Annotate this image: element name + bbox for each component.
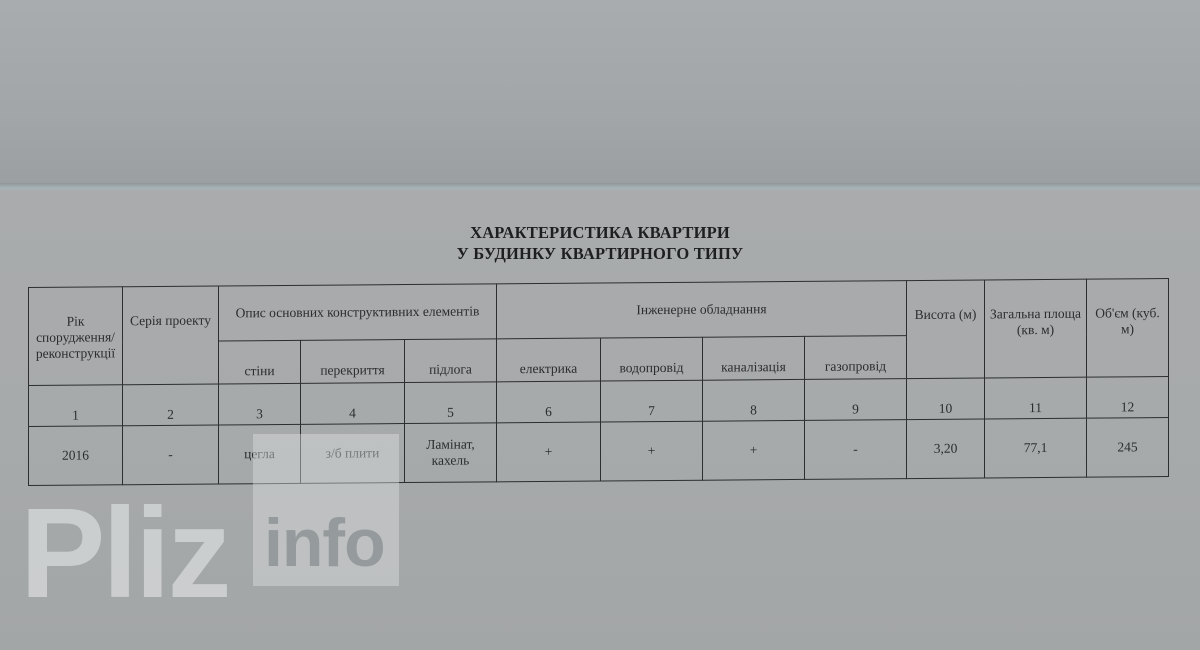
header-floor: підлога	[405, 339, 497, 383]
header-floors-ceiling: перекриття	[301, 340, 405, 384]
header-year: Рік спорудження/ реконструкції	[29, 287, 123, 386]
column-number: 12	[1087, 377, 1169, 419]
header-series: Серія проекту	[123, 286, 219, 385]
cell-volume: 245	[1087, 418, 1169, 478]
header-sewage: каналізація	[703, 336, 805, 380]
apartment-characteristics-table: Рік спорудження/ реконструкції Серія про…	[28, 278, 1169, 486]
column-number: 10	[907, 378, 985, 420]
header-total-area: Загальна площа (кв. м)	[985, 279, 1087, 378]
column-number: 3	[219, 383, 301, 425]
cell-year: 2016	[29, 426, 123, 486]
cell-water: +	[601, 421, 703, 481]
header-volume: Об'єм (куб. м)	[1087, 279, 1169, 378]
cell-sewage: +	[703, 420, 805, 480]
title-line-2: У БУДИНКУ КВАРТИРНОГО ТИПУ	[380, 243, 820, 264]
header-engineering-group: Інженерне обладнання	[497, 281, 907, 339]
header-walls: стіни	[219, 340, 301, 384]
header-height: Висота (м)	[907, 280, 985, 379]
column-number: 9	[805, 379, 907, 421]
column-number: 2	[123, 384, 219, 426]
header-electricity: електрика	[497, 338, 601, 382]
column-number: 7	[601, 380, 703, 422]
cell-electricity: +	[497, 422, 601, 482]
column-number: 8	[703, 379, 805, 421]
header-row-group: Рік спорудження/ реконструкції Серія про…	[29, 279, 1169, 343]
header-construction-group: Опис основних конструктивних елементів	[219, 284, 497, 341]
column-number: 4	[301, 383, 405, 425]
column-number: 11	[985, 377, 1087, 419]
header-water: водопровід	[601, 337, 703, 381]
background-sheet	[0, 0, 1200, 186]
header-gas: газопровід	[805, 336, 907, 380]
title-line-1: ХАРАКТЕРИСТИКА КВАРТИРИ	[380, 222, 820, 243]
cell-gas: -	[805, 420, 907, 480]
cell-walls: цегла	[219, 424, 301, 484]
table-row: 2016 - цегла з/б плити Ламінат, кахель +…	[29, 418, 1169, 486]
document-title: ХАРАКТЕРИСТИКА КВАРТИРИ У БУДИНКУ КВАРТИ…	[380, 222, 820, 264]
column-number: 5	[405, 382, 497, 424]
cell-height: 3,20	[907, 419, 985, 479]
cell-series: -	[123, 425, 219, 485]
column-number: 1	[29, 385, 123, 427]
column-number: 6	[497, 381, 601, 423]
cell-total-area: 77,1	[985, 418, 1087, 478]
cell-floor: Ламінат, кахель	[405, 423, 497, 483]
cell-floors-ceiling: з/б плити	[301, 424, 405, 484]
